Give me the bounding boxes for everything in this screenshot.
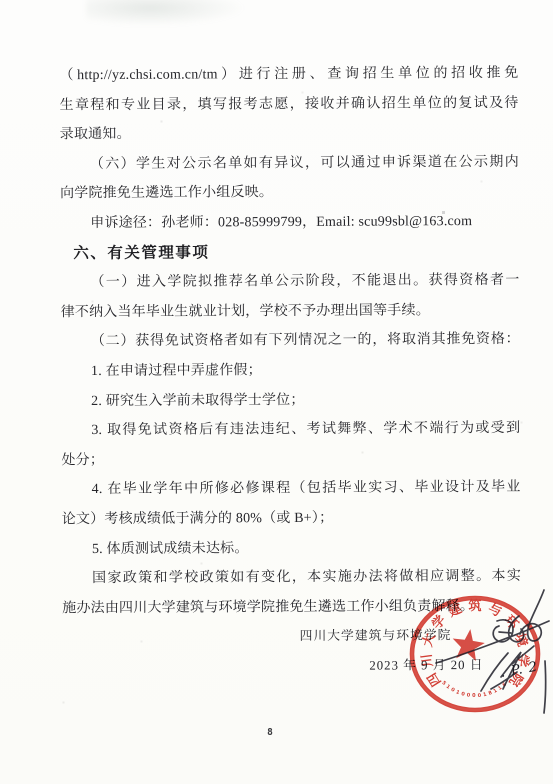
scanned-document-page: （http://yz.chsi.com.cn/tm）进行注册、查询招生单位的招收… [0, 0, 553, 784]
svg-text:境: 境 [512, 632, 530, 649]
section-heading: 六、有关管理事项 [60, 236, 519, 268]
doc-line: 向学院推免生遴选工作小组反映。 [60, 177, 519, 209]
doc-line: 处分； [61, 444, 520, 476]
svg-text:5101000018116: 5101000018116 [440, 680, 509, 699]
doc-line: （二）获得免试资格者如有下列情况之一的，将取消其推免资格： [61, 325, 520, 357]
doc-list-item: 5. 体质测试成绩未达标。 [62, 532, 521, 564]
doc-line: 律不纳入当年毕业生就业计划，学校不予办理出国等手续。 [61, 296, 520, 328]
scan-speckles [0, 0, 1, 1]
seal-serial-number: 5101000018116 [440, 680, 509, 699]
doc-line: 生章程和专业目录，填写报考志愿，接收并确认招生单位的复试及待 [60, 88, 519, 120]
svg-text:筑: 筑 [467, 598, 481, 613]
svg-text:大: 大 [420, 632, 438, 649]
star-icon [450, 627, 486, 662]
scan-smudge [86, 0, 246, 26]
svg-text:川: 川 [419, 653, 436, 668]
doc-line: （六）学生对公示名单如有异议，可以通过申诉渠道在公示期内 [60, 148, 519, 180]
svg-text:四: 四 [424, 670, 444, 689]
doc-line: 论文）考核成绩低于满分的 80%（或 B+）； [62, 503, 521, 535]
doc-list-item: 1. 在申请过程中弄虚作假； [61, 355, 520, 387]
doc-line: （一）进入学院拟推荐名单公示阶段，不能退出。获得资格者一 [60, 266, 519, 298]
doc-line: 录取通知。 [60, 118, 519, 150]
doc-line-contact: 申诉途径：孙老师：028-85999799，Email: scu99sbl@16… [60, 207, 519, 239]
doc-line: （http://yz.chsi.com.cn/tm）进行注册、查询招生单位的招收… [59, 59, 518, 91]
doc-list-item: 4. 在毕业学年中所修必修课程（包括毕业实习、毕业设计及毕业 [62, 473, 521, 505]
doc-list-item: 2. 研究生入学前未取得学士学位； [61, 384, 520, 416]
official-seal: 四川大学建筑与环境学院 5101000018116 [400, 580, 553, 720]
doc-list-item: 3. 取得免试资格后有违法违纪、考试舞弊、学术不端行为或受到 [61, 414, 520, 446]
page-number: 8 [258, 727, 282, 738]
